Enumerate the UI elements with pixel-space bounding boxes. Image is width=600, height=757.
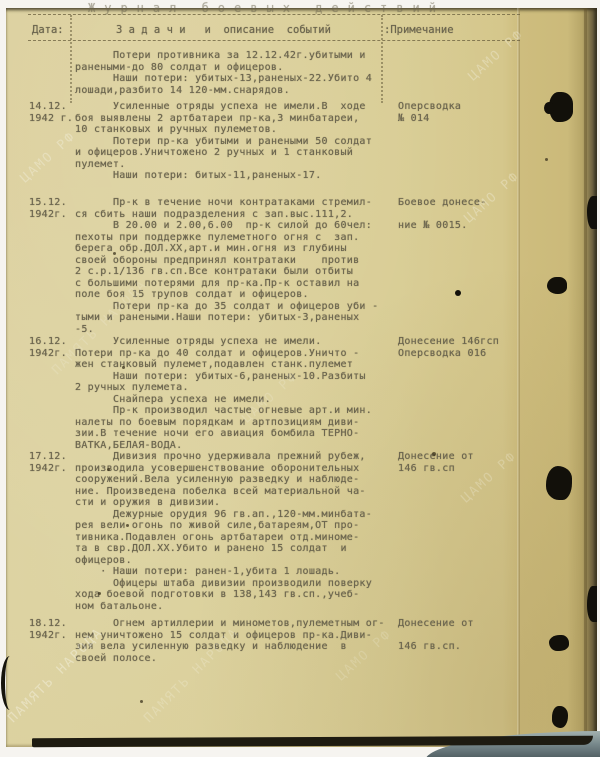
ink-speck bbox=[455, 290, 461, 296]
entry-body: Дивизия прочно удерживала прежний рубеж,… bbox=[75, 451, 399, 612]
entry-note: Оперсводка № 014 bbox=[398, 101, 530, 124]
paper-speck bbox=[545, 158, 548, 161]
ink-blot bbox=[549, 635, 569, 651]
entry-body: Усиленные отряды успеха не имели. Потери… bbox=[75, 336, 399, 451]
column-header-note: :Примечание bbox=[384, 24, 454, 36]
ink-blot bbox=[546, 466, 572, 500]
paper-speck bbox=[107, 468, 110, 471]
entry-body: Усиленные отряды успеха не имели.В ходе … bbox=[75, 101, 399, 182]
paper-speck bbox=[126, 524, 129, 527]
entry-body: Потери противника за 12.12.42г.убитыми и… bbox=[75, 50, 399, 96]
paper-speck bbox=[140, 700, 143, 703]
ink-blot bbox=[547, 277, 567, 294]
ink-blot bbox=[549, 92, 573, 122]
ink-blot bbox=[587, 196, 597, 229]
scanned-document-photo: Журнал боевых действий Дата: З а д а ч и… bbox=[0, 0, 600, 757]
binder-mark bbox=[1, 656, 19, 710]
ink-blot bbox=[552, 706, 568, 728]
column-header-tasks: З а д а ч и и описание событий bbox=[116, 24, 331, 36]
paper-speck bbox=[98, 592, 101, 595]
journal-title: Журнал боевых действий bbox=[88, 1, 445, 15]
paper-speck bbox=[432, 452, 436, 456]
column-header-date: Дата: bbox=[32, 24, 64, 36]
entry-note: Донесение 146гсп Оперсводка 016 bbox=[398, 336, 530, 359]
paper-speck bbox=[122, 366, 125, 369]
ink-blot bbox=[587, 586, 597, 622]
entry-note: Донесение от 146 гв.сп. bbox=[398, 618, 530, 653]
paper-speck bbox=[113, 252, 116, 255]
